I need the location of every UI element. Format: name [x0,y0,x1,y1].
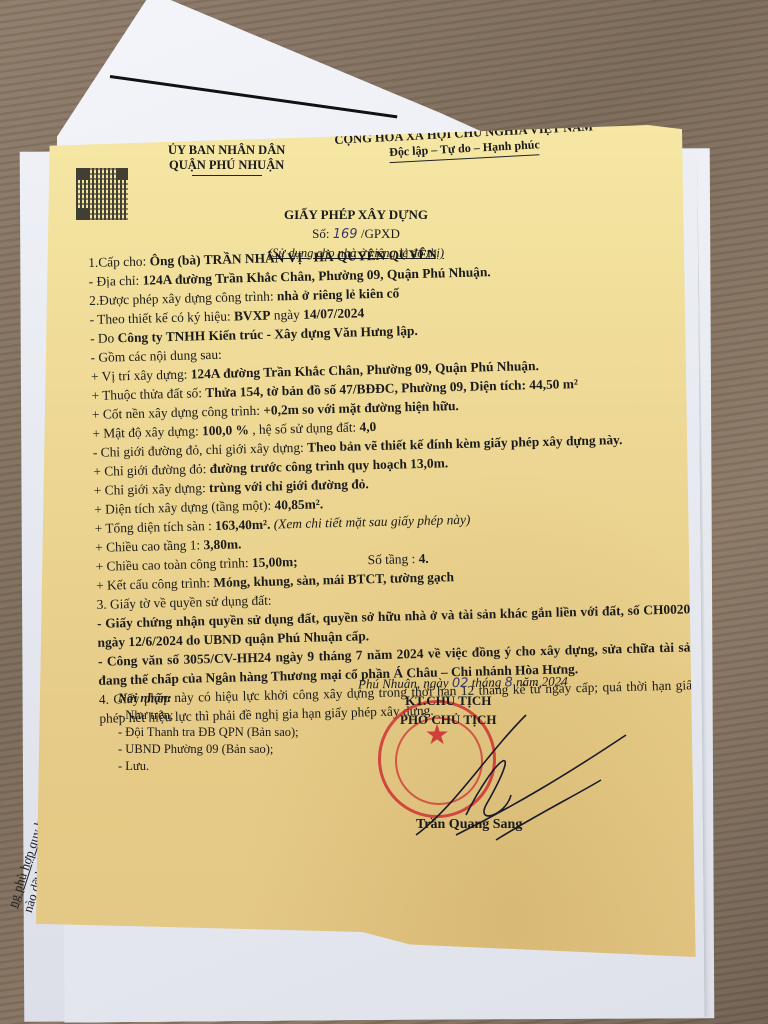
foundation-label: + Cốt nền xây dựng công trình: [92,403,264,422]
month-handwritten: 8 [504,675,512,690]
foundation-value: +0,2m so với mặt đường hiện hữu. [263,398,459,418]
density-label: + Mật độ xây dựng: [92,423,202,441]
total-floor-value: 163,40m². [215,517,271,533]
ground-area-value: 40,85m². [274,496,323,512]
permit-number-handwritten: 169 [333,227,358,242]
granted-to-label: 1.Cấp cho: [88,253,150,269]
ground-area-label: + Diện tích xây dựng (tầng một): [94,498,275,517]
day-handwritten: 02 [452,676,469,691]
parcel-label: + Thuộc thửa đất số: [91,385,205,403]
density-value: 100,0 % [202,422,249,438]
signer-name: Trần Quang Sang [416,815,522,834]
address-label: - Địa chỉ: [89,273,143,289]
agency-line-1: ỦY BAN NHÂN DÂN [168,143,285,158]
location-label: + Vị trí xây dựng: [91,367,191,384]
recipients-list: Nơi nhận: - Như trên; - Đội Thanh tra ĐB… [118,690,299,775]
design-label: - Theo thiết kế có ký hiệu: [89,308,234,327]
floors-label: Số tầng : [367,551,418,567]
recipient-item: - Đội Thanh tra ĐB QPN (Bản sao); [118,724,299,741]
permit-body: 1.Cấp cho: Ông (bà) TRẦN NHÂN VỊ - HÀ QU… [88,238,699,728]
agency-underline [192,175,262,176]
designed-by-label: - Do [90,330,118,346]
recipient-item: - Lưu. [118,758,299,775]
permit-number-prefix: Số: [312,226,333,241]
first-floor-height-value: 3,80m. [203,536,241,552]
permit-number-suffix: /GPXD [358,226,400,241]
total-floor-note: (Xem chi tiết mặt sau giấy phép này) [270,512,470,532]
red-line-label: + Chỉ giới đường đỏ: [93,461,210,479]
structure-label: + Kết cấu công trình: [96,575,214,593]
total-height-label: + Chiều cao toàn công trình: [95,555,252,574]
agency-line-2: QUẬN PHÚ NHUẬN [168,158,285,173]
floors-value: 4. [418,551,428,566]
issuing-agency: ỦY BAN NHÂN DÂN QUẬN PHÚ NHUẬN [168,143,285,176]
recipient-item: - UBND Phường 09 (Bản sao); [118,741,299,758]
place-date-prefix: Phú Nhuận, ngày [358,675,452,691]
design-date-label: ngày [270,307,303,323]
red-line-value: đường trước công trình quy hoạch 13,0m. [210,455,449,476]
design-code-value: BVXP [234,308,271,324]
permitted-work-value: nhà ở riêng lẻ kiên cố [277,285,400,303]
recipient-item: - Như trên; [118,707,299,724]
year-label: năm 2024 [513,674,568,690]
recipients-heading: Nơi nhận: [118,690,299,707]
land-use-value: 4,0 [359,419,376,434]
build-line-value: trùng với chỉ giới đường đỏ. [209,476,369,495]
permit-number: Số: 169 /GPXD [236,224,476,244]
permitted-work-label: 2.Được phép xây dựng công trình: [89,288,277,308]
building-permit-document: ỦY BAN NHÂN DÂN QUẬN PHÚ NHUẬN CỘNG HÒA … [36,125,716,957]
build-line-label: + Chỉ giới xây dựng: [94,480,210,498]
design-date-value: 14/07/2024 [303,305,364,321]
qr-code-icon [76,168,128,220]
land-use-label: , hệ số sử dụng đất: [249,419,360,437]
total-floor-label: + Tổng diện tích sàn : [95,518,216,536]
permit-title: GIẤY PHÉP XÂY DỰNG [236,205,476,224]
total-height-value: 15,00m; [252,554,298,570]
month-label: tháng [468,674,504,690]
structure-value: Móng, khung, sàn, mái BTCT, tường gạch [213,569,454,590]
first-floor-height-label: + Chiều cao tầng 1: [95,537,204,555]
